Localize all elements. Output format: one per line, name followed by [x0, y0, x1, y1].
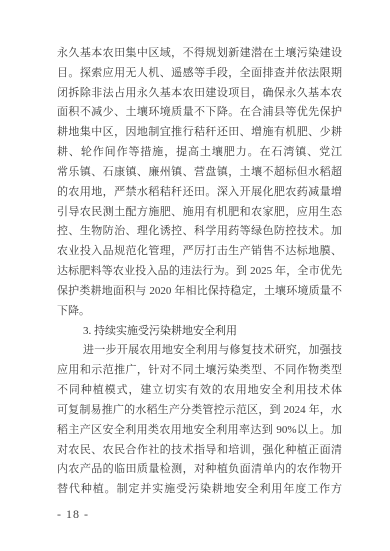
text-line: 保护类耕地面积与 2020 年相比保持稳定，土壤环境质量不 [57, 282, 342, 302]
text-line: 内农产品的临田质量检测，对种植负面清单内的农作物开展 [57, 460, 342, 480]
text-line: 应用和示范推广，针对不同土壤污染类型、不同作物类型和 [57, 361, 342, 381]
text-line: 目。探索应用无人机、遥感等手段，全面排查并依法限期关 [57, 64, 342, 84]
text-line: 替代种植。制定并实施受污染耕地安全利用年度工作方案， [57, 480, 342, 500]
text-line: 不同种植模式，建立切实有效的农用地安全利用技术体系、 [57, 381, 342, 401]
text-line: 常乐镇、石康镇、廉州镇、营盘镇，土壤不超标但水稻超标 [57, 163, 342, 183]
text-line: 面积不减少、土壤环境质量不下降。在合浦县等优先保护类 [57, 103, 342, 123]
paragraph-end-line: 下降。 [57, 302, 342, 322]
text-line: 闭拆除非法占用永久基本农田建设项目，确保永久基本农田 [57, 84, 342, 104]
text-line: 对农民、农民合作社的技术指导和培训，强化种植正面清单 [57, 441, 342, 461]
page-number: - 18 - [57, 506, 89, 522]
text-line: 可复制易推广的水稻生产分类管控示范区，到 2024 年，水 [57, 401, 342, 421]
section-heading: 3. 持续实施受污染耕地安全利用 [57, 322, 342, 342]
text-line: 稻主产区安全利用类农用地安全利用率达到 90%以上。加强 [57, 421, 342, 441]
text-line: 耕地集中区，因地制宜推行秸秆还田、增施有机肥、少耕免 [57, 123, 342, 143]
text-line: 的农用地，严禁水稻秸秆还田。深入开展化肥农药减量增效， [57, 183, 342, 203]
document-page: 永久基本农田集中区域，不得规划新建潜在土壤污染建设项 目。探索应用无人机、遥感等… [0, 0, 390, 551]
document-body: 永久基本农田集中区域，不得规划新建潜在土壤污染建设项 目。探索应用无人机、遥感等… [57, 44, 342, 500]
text-line: 引导农民测土配方施肥、施用有机肥和农家肥，应用生态调 [57, 203, 342, 223]
text-line: 永久基本农田集中区域，不得规划新建潜在土壤污染建设项 [57, 44, 342, 64]
text-line: 达标肥料等农业投入品的违法行为。到 2025 年，全市优先 [57, 262, 342, 282]
text-line: 农业投入品规范化管理，严厉打击生产销售不达标地膜、不 [57, 242, 342, 262]
text-line: 耕、轮作间作等措施，提高土壤肥力。在石湾镇、党江镇、 [57, 143, 342, 163]
paragraph-first-line: 进一步开展农用地安全利用与修复技术研究，加强技术 [57, 341, 342, 361]
text-line: 控、生物防治、理化诱控、科学用药等绿色防控技术。加强 [57, 222, 342, 242]
